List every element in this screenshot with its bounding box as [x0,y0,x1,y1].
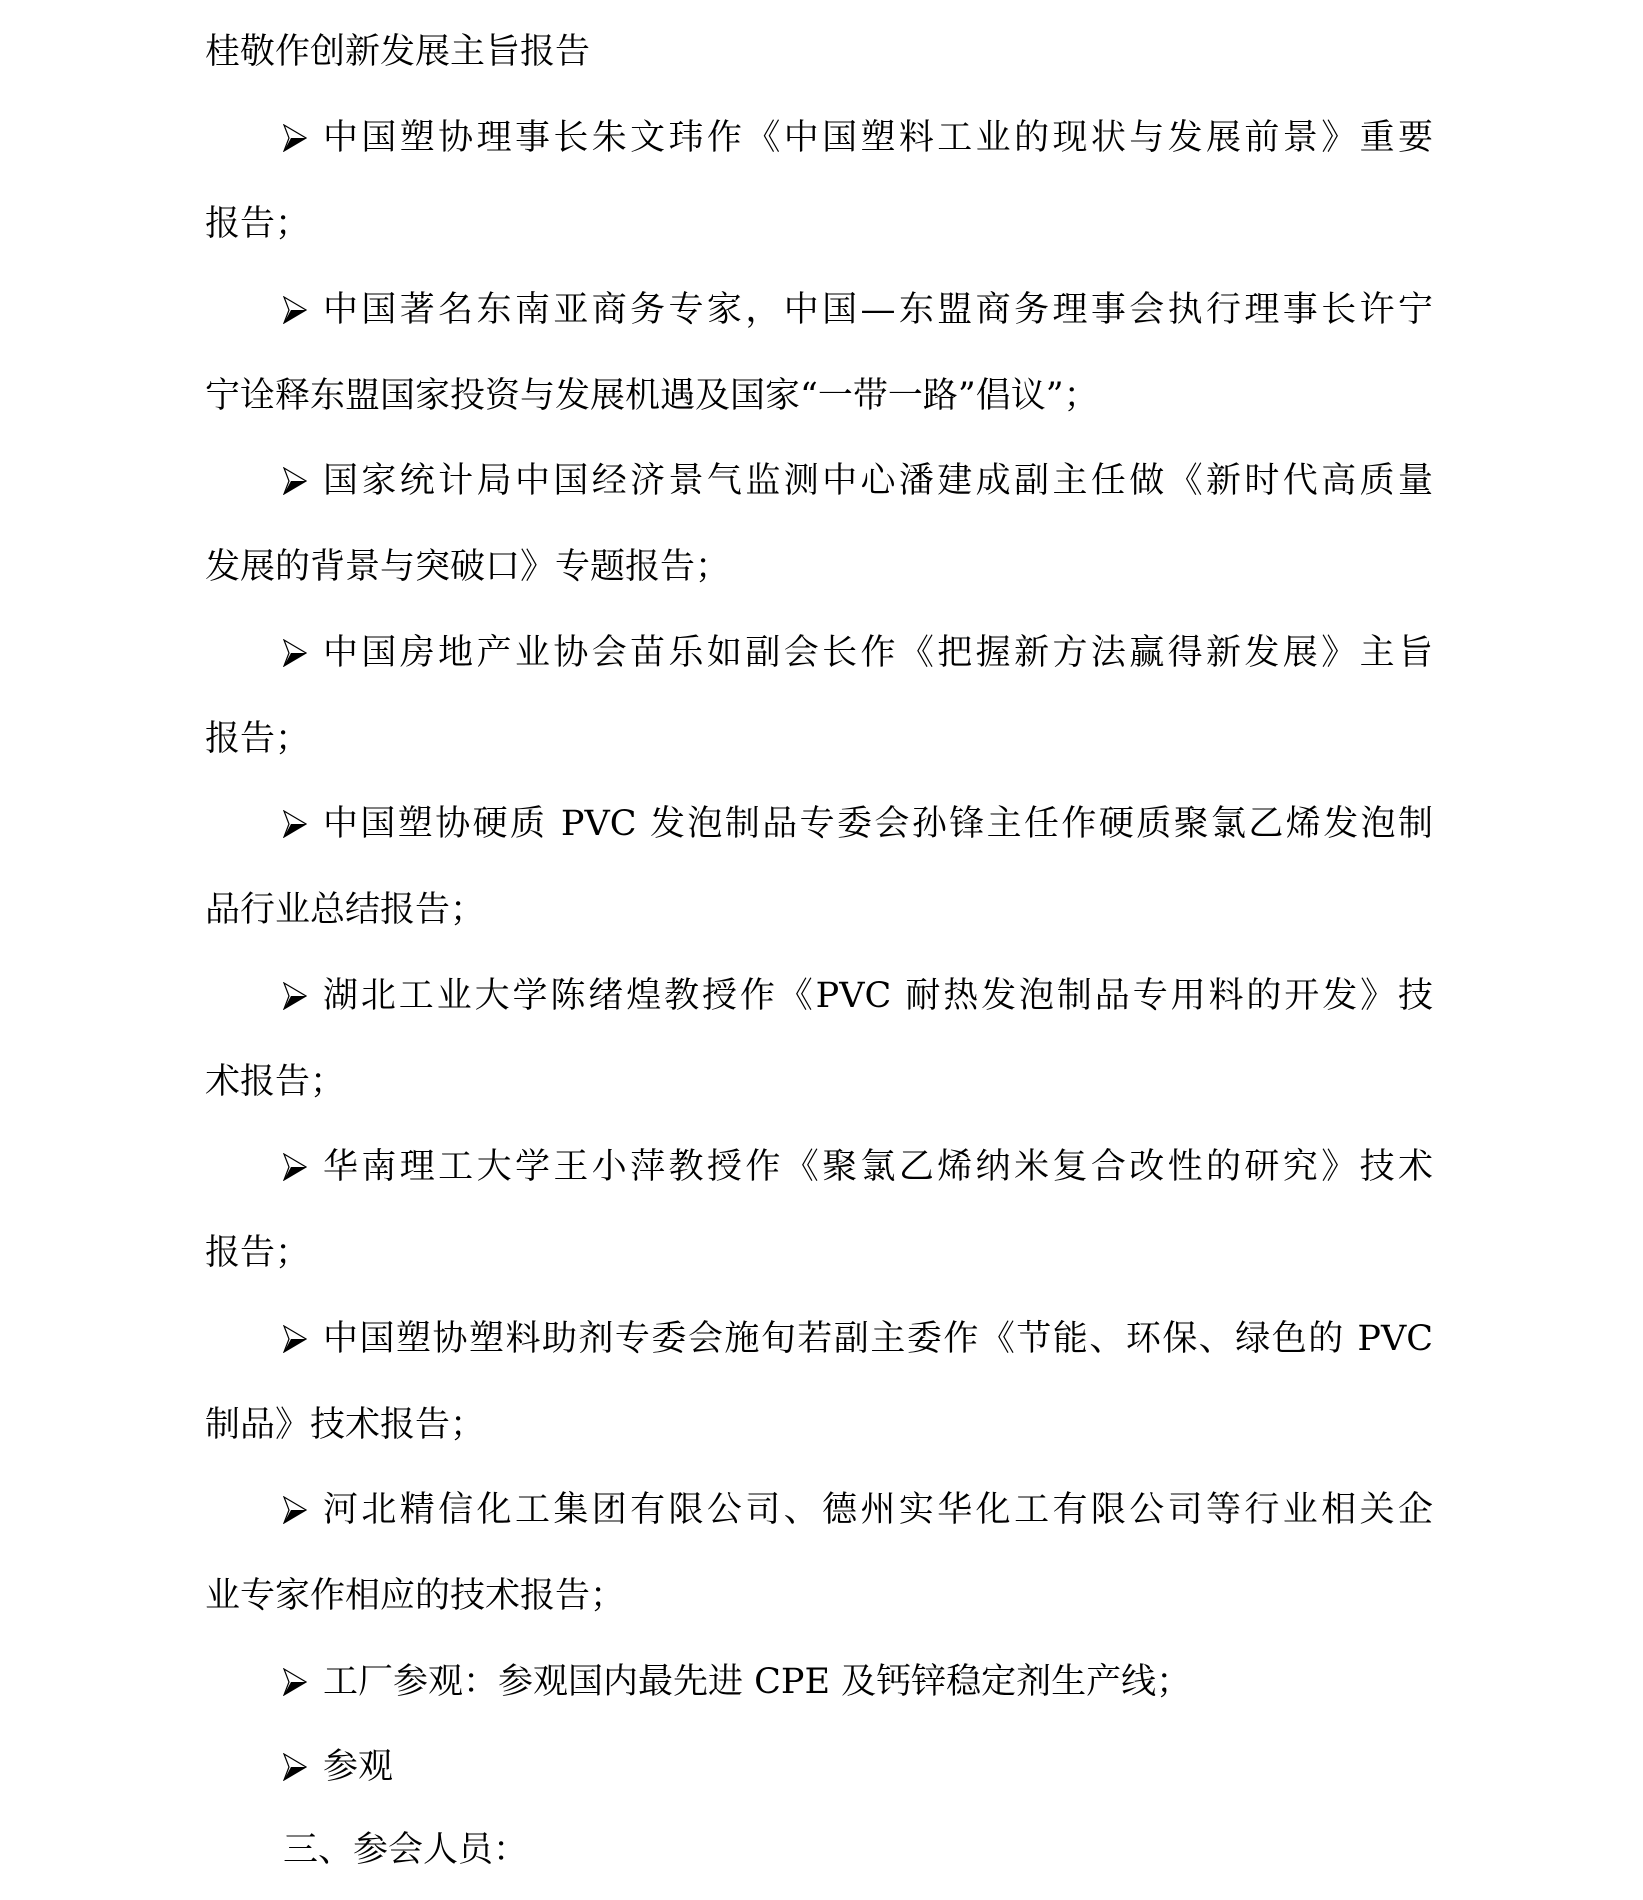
text-line: 业专家作相应的技术报告； [205,1572,1433,1620]
text-line: 报告； [205,715,1433,763]
bullet-text: 工厂参观：参观国内最先进 CPE 及钙锌稳定剂生产线； [323,1658,1191,1706]
bullet-text: 河北精信化工集团有限公司、德州实华化工有限公司等行业相关企 [323,1486,1433,1534]
line-text: 品行业总结报告； [205,890,485,930]
text-line: 品行业总结报告； [205,886,1433,934]
bullet-item: 湖北工业大学陈绪煌教授作《PVC 耐热发泡制品专用料的开发》技 [283,972,1433,1020]
line-text: 报告； [205,719,310,759]
text-line: 报告； [205,1229,1433,1277]
bullet-item: 中国塑协硬质 PVC 发泡制品专委会孙锋主任作硬质聚氯乙烯发泡制 [283,800,1433,848]
line-text: 发展的背景与突破口》专题报告； [205,547,730,587]
arrowhead-bullet-icon [283,467,307,495]
bullet-item: 工厂参观：参观国内最先进 CPE 及钙锌稳定剂生产线； [283,1658,1433,1706]
bullet-text: 湖北工业大学陈绪煌教授作《PVC 耐热发泡制品专用料的开发》技 [323,972,1433,1020]
arrowhead-bullet-icon [283,810,307,838]
arrowhead-bullet-icon [283,982,307,1010]
arrowhead-bullet-icon [283,1153,307,1181]
bullet-item: 中国塑协塑料助剂专委会施旬若副主委作《节能、环保、绿色的 PVC [283,1315,1433,1363]
line-text: 业专家作相应的技术报告； [205,1576,625,1616]
bullet-item: 国家统计局中国经济景气监测中心潘建成副主任做《新时代高质量 [283,457,1433,505]
line-text: 报告； [205,1233,310,1273]
bullet-text: 中国塑协理事长朱文玮作《中国塑料工业的现状与发展前景》重要 [323,114,1433,162]
arrowhead-bullet-icon [283,296,307,324]
bullet-text: 华南理工大学王小萍教授作《聚氯乙烯纳米复合改性的研究》技术 [323,1143,1433,1191]
arrowhead-bullet-icon [283,639,307,667]
line-text: 报告； [205,204,310,244]
line-text: 制品》技术报告； [205,1405,485,1445]
bullet-item: 河北精信化工集团有限公司、德州实华化工有限公司等行业相关企 [283,1486,1433,1534]
line-text: 桂敬作创新发展主旨报告 [205,32,590,72]
text-line: 术报告； [205,1058,1433,1106]
text-line: 宁诠释东盟国家投资与发展机遇及国家“一带一路”倡议”； [205,372,1433,420]
bullet-text: 参观 [323,1743,393,1791]
bullet-text: 中国塑协塑料助剂专委会施旬若副主委作《节能、环保、绿色的 PVC [323,1315,1433,1363]
bullet-text: 中国塑协硬质 PVC 发泡制品专委会孙锋主任作硬质聚氯乙烯发泡制 [323,800,1433,848]
bullet-text: 国家统计局中国经济景气监测中心潘建成副主任做《新时代高质量 [323,457,1433,505]
bullet-item: 中国著名东南亚商务专家，中国—东盟商务理事会执行理事长许宁 [283,286,1433,334]
bullet-text: 中国著名东南亚商务专家，中国—东盟商务理事会执行理事长许宁 [323,286,1433,334]
text-line: 报告； [205,200,1433,248]
text-line: 发展的背景与突破口》专题报告； [205,543,1433,591]
bullet-item: 中国塑协理事长朱文玮作《中国塑料工业的现状与发展前景》重要 [283,114,1433,162]
bullet-item: 参观 [283,1743,1433,1791]
text-line: 桂敬作创新发展主旨报告 [205,28,1433,76]
bullet-item: 中国房地产业协会苗乐如副会长作《把握新方法赢得新发展》主旨 [283,629,1433,677]
arrowhead-bullet-icon [283,1496,307,1524]
arrowhead-bullet-icon [283,1325,307,1353]
line-text: 术报告； [205,1062,345,1102]
arrowhead-bullet-icon [283,1753,307,1781]
heading-text: 三、参会人员： [283,1830,528,1870]
line-text: 宁诠释东盟国家投资与发展机遇及国家“一带一路”倡议”； [205,376,1099,416]
document-page: 桂敬作创新发展主旨报告 中国塑协理事长朱文玮作《中国塑料工业的现状与发展前景》重… [0,0,1643,1900]
bullet-item: 华南理工大学王小萍教授作《聚氯乙烯纳米复合改性的研究》技术 [283,1143,1433,1191]
text-line: 制品》技术报告； [205,1401,1433,1449]
section-heading: 三、参会人员： [283,1826,1511,1874]
arrowhead-bullet-icon [283,1668,307,1696]
bullet-text: 中国房地产业协会苗乐如副会长作《把握新方法赢得新发展》主旨 [323,629,1433,677]
arrowhead-bullet-icon [283,124,307,152]
